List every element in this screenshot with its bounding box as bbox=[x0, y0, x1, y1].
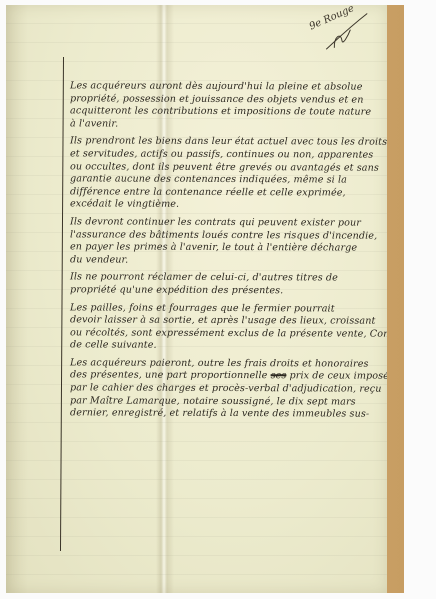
text-line: excédait le vingtième. bbox=[60, 199, 386, 213]
text-segment: prix de ceux imposés bbox=[286, 371, 387, 382]
scanned-document: 9e Rouge Les acquéreurs auront dès aujou… bbox=[0, 0, 436, 599]
text-line: Les acquéreurs auront dès aujourd'hui la… bbox=[60, 80, 386, 94]
struck-word: ses bbox=[271, 371, 287, 382]
paragraph-insurance: Ils devront continuer les contrats qui p… bbox=[60, 217, 386, 267]
paragraph-title-deeds: Ils ne pourront réclamer de celui-ci, d'… bbox=[60, 272, 386, 297]
text-line: Ils devront continuer les contrats qui p… bbox=[60, 216, 386, 230]
text-line: de celle suivante. bbox=[60, 340, 386, 354]
text-line: par le cahier des charges et procès-verb… bbox=[60, 382, 386, 396]
paragraph-fees: Les acquéreurs paieront, outre les frais… bbox=[60, 358, 386, 421]
paper-page: 9e Rouge Les acquéreurs auront dès aujou… bbox=[6, 5, 387, 593]
text-line: Ils ne pourront réclamer de celui-ci, d'… bbox=[60, 272, 386, 286]
corner-annotation: 9e Rouge bbox=[308, 5, 383, 59]
paragraph-possession: Les acquéreurs auront dès aujourd'hui la… bbox=[60, 81, 386, 131]
text-line: en payer les primes à l'avenir, le tout … bbox=[60, 241, 386, 255]
document-body: Les acquéreurs auront dès aujourd'hui la… bbox=[60, 81, 386, 426]
text-line: à l'avenir. bbox=[60, 118, 386, 132]
text-line: dernier, enregistré, et relatifs à la ve… bbox=[60, 408, 386, 422]
paragraph-condition-of-property: Ils prendront les biens dans leur état a… bbox=[60, 136, 386, 212]
text-segment: des présentes, une part proportionnelle bbox=[70, 370, 271, 382]
text-line: du vendeur. bbox=[60, 254, 386, 268]
paragraph-straw-hay-fodder: Les pailles, foins et fourrages que le f… bbox=[60, 303, 386, 353]
text-line: propriété qu'une expédition des présente… bbox=[60, 284, 386, 298]
text-line: devoir laisser à sa sortie, et après l'u… bbox=[60, 314, 386, 328]
text-line: acquitteront les contributions et imposi… bbox=[60, 105, 386, 119]
text-line: et servitudes, actifs ou passifs, contin… bbox=[60, 148, 386, 162]
text-line: garantie aucune des contenances indiquée… bbox=[60, 173, 386, 187]
